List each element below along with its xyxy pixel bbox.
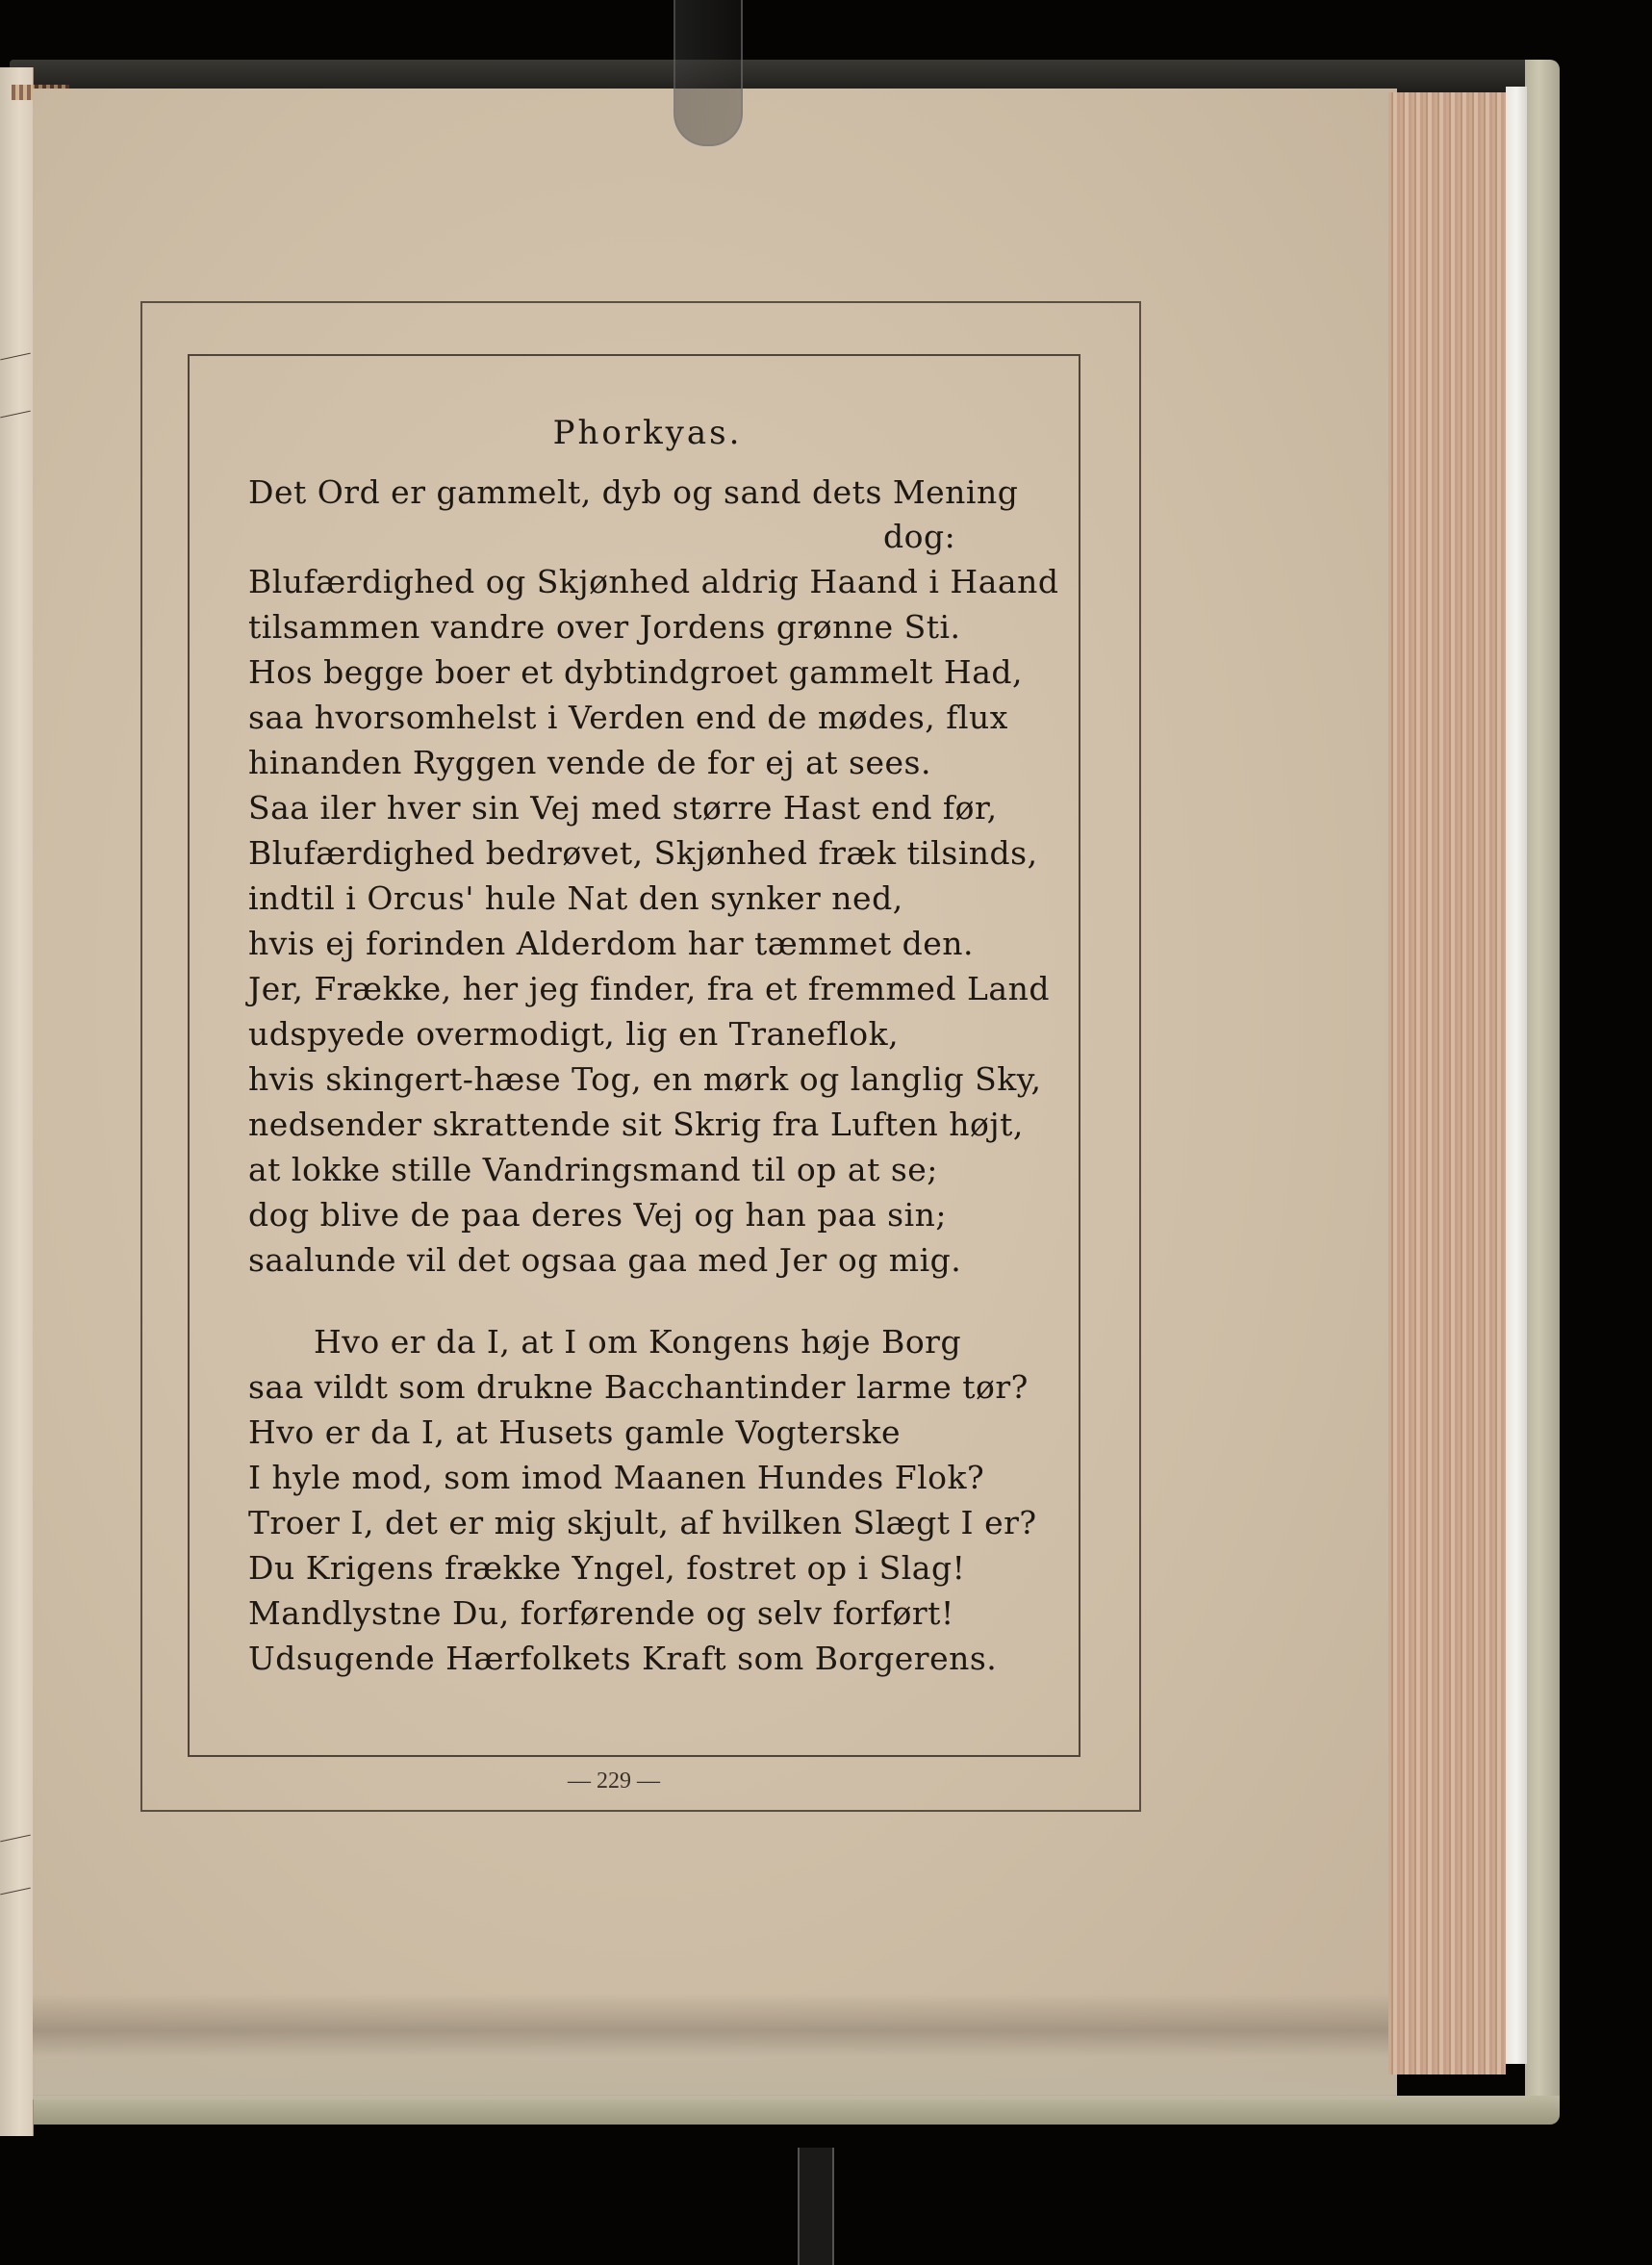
verse-line: Udsugende Hærfolkets Kraft som Borgerens… [248,1640,997,1678]
verse-line: Blufærdighed og Skjønhed aldrig Haand i … [248,563,1058,601]
verse-line: Troer I, det er mig skjult, af hvilken S… [248,1504,1037,1542]
verse-line: hvis skingert-hæse Tog, en mørk og langl… [248,1060,1041,1099]
verse-line: hinanden Ryggen vende de for ej at sees. [248,744,931,782]
book-cover-right [1525,60,1560,2119]
page-number: — 229 — [566,1769,662,1794]
bookmark-ribbon-bottom [798,2148,834,2265]
verse-line: Hos begge boer et dybtindgroet gammelt H… [248,653,1023,692]
verse-line: hvis ej forinden Alderdom har tæmmet den… [248,925,974,963]
verse-line: tilsammen vandre over Jordens grønne Sti… [248,608,961,647]
verse-line: saalunde vil det ogsaa gaa med Jer og mi… [248,1241,961,1280]
speaker-heading: Phorkyas. [248,414,1047,452]
verse-line: dog: [883,518,955,556]
verse-line: Blufærdighed bedrøvet, Skjønhed fræk til… [248,834,1038,873]
facing-page-rule [0,411,31,419]
facing-page-edge [0,67,34,2136]
verse-line: I hyle mod, som imod Maanen Hundes Flok? [248,1459,984,1497]
verse-line: Hvo er da I, at Husets gamle Vogterske [248,1413,901,1452]
book-cover-bottom [10,2096,1560,2125]
verse-line: Hvo er da I, at I om Kongens høje Borg [314,1323,961,1362]
verse-line: saa vildt som drukne Bacchantinder larme… [248,1368,1029,1407]
bookmark-ribbon-top [674,0,743,146]
verse-line: dog blive de paa deres Vej og han paa si… [248,1196,947,1234]
verse-line: udspyede overmodigt, lig en Traneflok, [248,1015,899,1054]
verse-line: Du Krigens frække Yngel, fostret op i Sl… [248,1549,965,1588]
page-bottom-shadow [33,1994,1397,2100]
verse-line: indtil i Orcus' hule Nat den synker ned, [248,879,903,918]
verse-line: Saa iler hver sin Vej med større Hast en… [248,789,998,827]
endpaper-edge [1506,87,1527,2064]
verse-line: Det Ord er gammelt, dyb og sand dets Men… [248,473,1018,512]
facing-page-rule [0,353,31,361]
verse-line: Jer, Frække, her jeg finder, fra et frem… [248,970,1050,1008]
facing-page-rule [0,1835,31,1843]
facing-page-rule [0,1888,31,1896]
page-fore-edge [1388,92,1506,2074]
verse-line: nedsender skrattende sit Skrig fra Lufte… [248,1106,1024,1144]
verse-line: saa hvorsomhelst i Verden end de mødes, … [248,699,1008,737]
verse-line: at lokke stille Vandringsmand til op at … [248,1151,938,1189]
verse-line: Mandlystne Du, forførende og selv forfør… [248,1594,954,1633]
